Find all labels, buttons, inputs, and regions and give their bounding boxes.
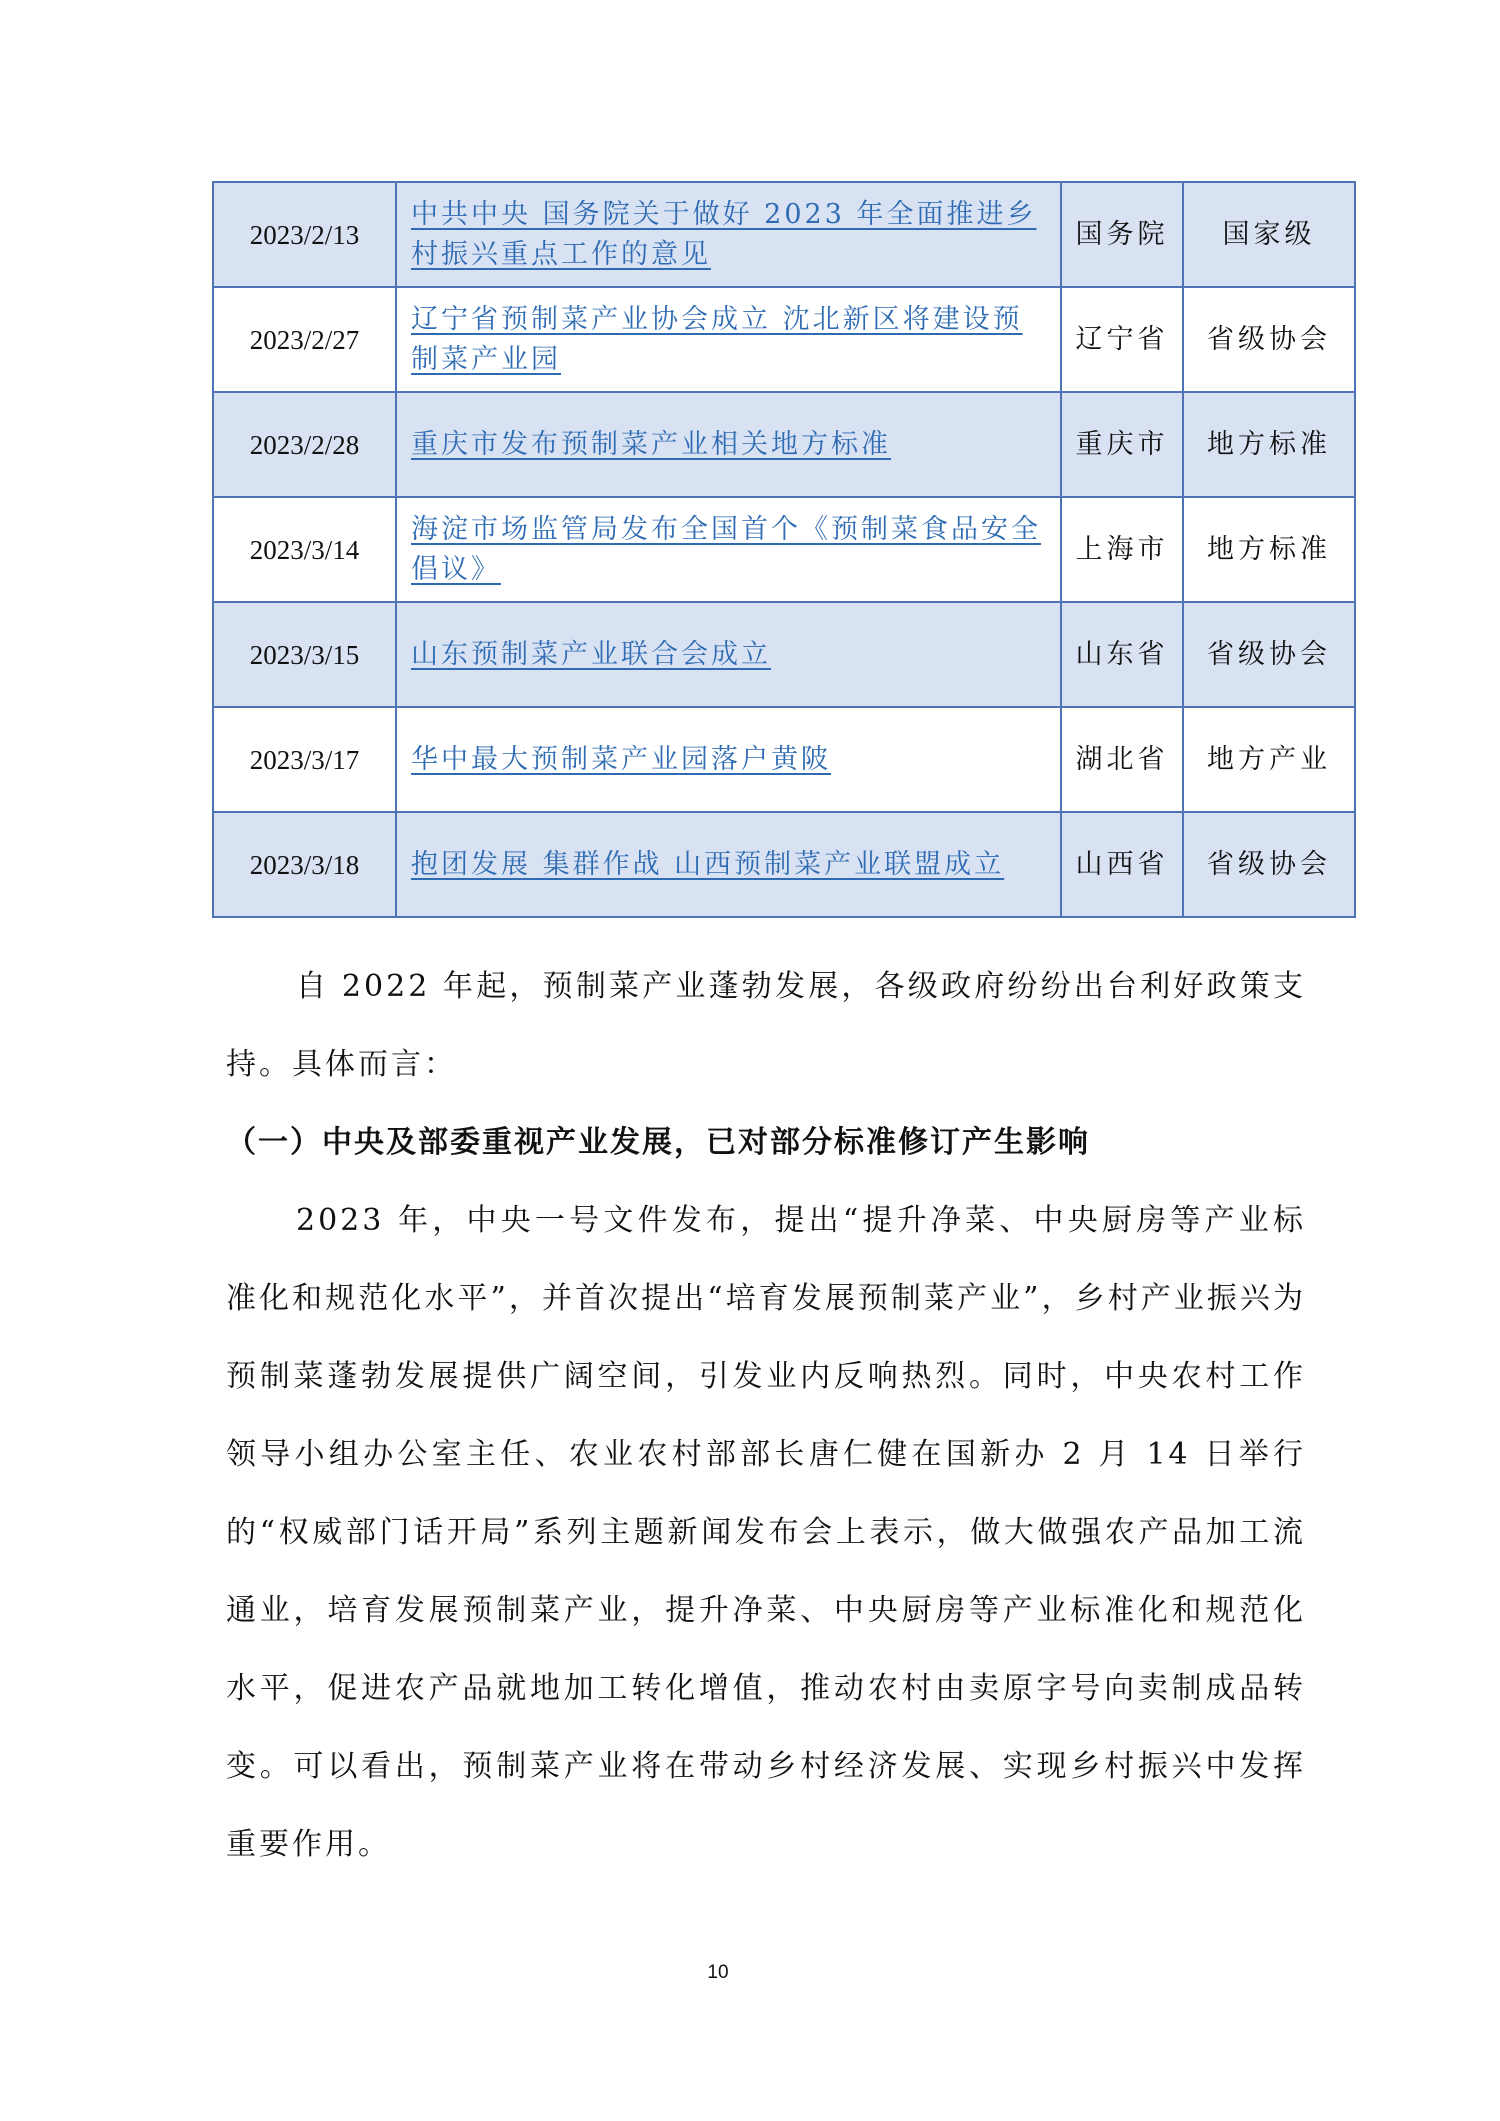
title-cell: 海淀市场监管局发布全国首个《预制菜食品安全倡议》 bbox=[396, 497, 1061, 602]
table-row: 2023/3/15 山东预制菜产业联合会成立 山东省 省级协会 bbox=[213, 602, 1355, 707]
region-cell: 山东省 bbox=[1061, 602, 1183, 707]
date-cell: 2023/3/15 bbox=[213, 602, 396, 707]
policy-link[interactable]: 海淀市场监管局发布全国首个《预制菜食品安全倡议》 bbox=[411, 514, 1041, 585]
date-cell: 2023/2/27 bbox=[213, 287, 396, 392]
section-heading: （一）中央及部委重视产业发展，已对部分标准修订产生影响 bbox=[226, 1104, 1306, 1182]
policy-link[interactable]: 抱团发展 集群作战 山西预制菜产业联盟成立 bbox=[411, 849, 1004, 880]
date-cell: 2023/2/13 bbox=[213, 182, 396, 287]
intro-paragraph: 自 2022 年起，预制菜产业蓬勃发展，各级政府纷纷出台利好政策支持。具体而言： bbox=[226, 948, 1306, 1104]
title-cell: 华中最大预制菜产业园落户黄陂 bbox=[396, 707, 1061, 812]
title-cell: 山东预制菜产业联合会成立 bbox=[396, 602, 1061, 707]
region-cell: 湖北省 bbox=[1061, 707, 1183, 812]
region-cell: 重庆市 bbox=[1061, 392, 1183, 497]
level-cell: 省级协会 bbox=[1183, 287, 1355, 392]
title-cell: 重庆市发布预制菜产业相关地方标准 bbox=[396, 392, 1061, 497]
title-cell: 抱团发展 集群作战 山西预制菜产业联盟成立 bbox=[396, 812, 1061, 917]
level-cell: 省级协会 bbox=[1183, 812, 1355, 917]
body-paragraph: 2023 年，中央一号文件发布，提出“提升净菜、中央厨房等产业标准化和规范化水平… bbox=[226, 1182, 1306, 1884]
table-row: 2023/2/27 辽宁省预制菜产业协会成立 沈北新区将建设预制菜产业园 辽宁省… bbox=[213, 287, 1355, 392]
table-row: 2023/3/17 华中最大预制菜产业园落户黄陂 湖北省 地方产业 bbox=[213, 707, 1355, 812]
policy-link[interactable]: 华中最大预制菜产业园落户黄陂 bbox=[411, 744, 831, 775]
page-number: 10 bbox=[0, 1962, 1436, 1984]
policy-link[interactable]: 山东预制菜产业联合会成立 bbox=[411, 639, 771, 670]
policy-events-table: 2023/2/13 中共中央 国务院关于做好 2023 年全面推进乡村振兴重点工… bbox=[212, 181, 1356, 918]
policy-link[interactable]: 辽宁省预制菜产业协会成立 沈北新区将建设预制菜产业园 bbox=[411, 304, 1023, 375]
region-cell: 辽宁省 bbox=[1061, 287, 1183, 392]
region-cell: 上海市 bbox=[1061, 497, 1183, 602]
policy-link[interactable]: 重庆市发布预制菜产业相关地方标准 bbox=[411, 429, 891, 460]
date-cell: 2023/3/14 bbox=[213, 497, 396, 602]
level-cell: 地方标准 bbox=[1183, 392, 1355, 497]
level-cell: 地方标准 bbox=[1183, 497, 1355, 602]
level-cell: 地方产业 bbox=[1183, 707, 1355, 812]
policy-link[interactable]: 中共中央 国务院关于做好 2023 年全面推进乡村振兴重点工作的意见 bbox=[411, 199, 1036, 270]
level-cell: 省级协会 bbox=[1183, 602, 1355, 707]
date-cell: 2023/2/28 bbox=[213, 392, 396, 497]
date-cell: 2023/3/18 bbox=[213, 812, 396, 917]
level-cell: 国家级 bbox=[1183, 182, 1355, 287]
table-row: 2023/2/28 重庆市发布预制菜产业相关地方标准 重庆市 地方标准 bbox=[213, 392, 1355, 497]
table-row: 2023/3/18 抱团发展 集群作战 山西预制菜产业联盟成立 山西省 省级协会 bbox=[213, 812, 1355, 917]
region-cell: 山西省 bbox=[1061, 812, 1183, 917]
date-cell: 2023/3/17 bbox=[213, 707, 396, 812]
region-cell: 国务院 bbox=[1061, 182, 1183, 287]
title-cell: 中共中央 国务院关于做好 2023 年全面推进乡村振兴重点工作的意见 bbox=[396, 182, 1061, 287]
table-row: 2023/2/13 中共中央 国务院关于做好 2023 年全面推进乡村振兴重点工… bbox=[213, 182, 1355, 287]
table-row: 2023/3/14 海淀市场监管局发布全国首个《预制菜食品安全倡议》 上海市 地… bbox=[213, 497, 1355, 602]
title-cell: 辽宁省预制菜产业协会成立 沈北新区将建设预制菜产业园 bbox=[396, 287, 1061, 392]
